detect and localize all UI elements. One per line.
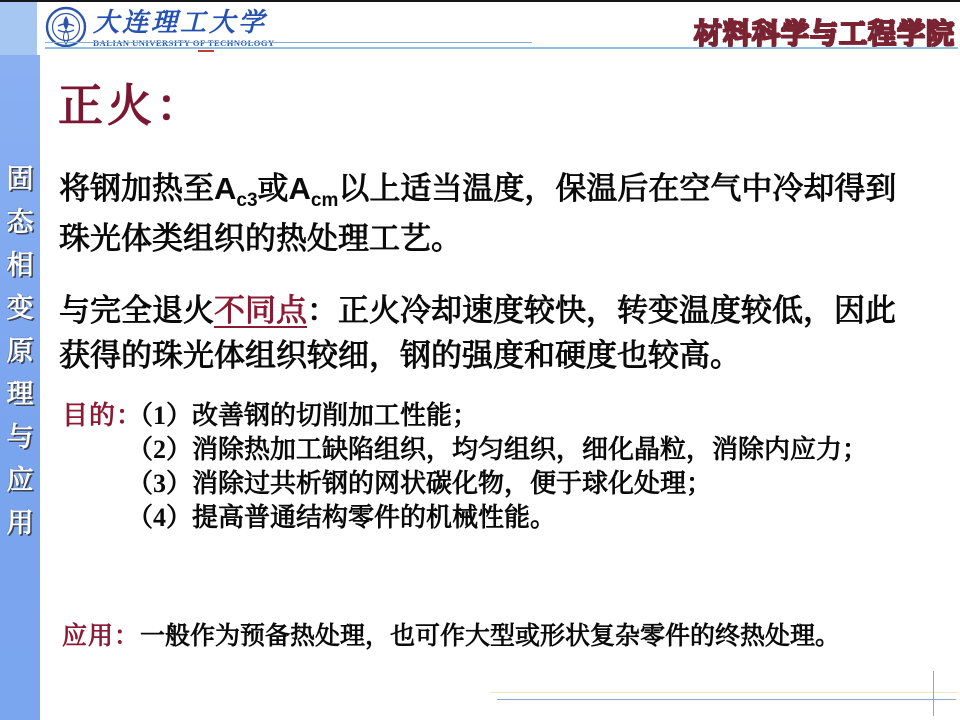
- top-border: [0, 0, 960, 2]
- header-left-accent-block: [0, 2, 37, 55]
- comparison-line-2: 获得的珠光体组织较细，钢的强度和硬度也较高。: [59, 333, 896, 378]
- sidebar-char: 用: [7, 502, 34, 545]
- purpose-item-1: （1）改善钢的切削加工性能；: [127, 399, 868, 433]
- sidebar-char: 应: [7, 459, 34, 502]
- application-line: 应用：一般作为预备热处理，也可作大型或形状复杂零件的终热处理。: [62, 622, 840, 652]
- application-text: 一般作为预备热处理，也可作大型或形状复杂零件的终热处理。: [140, 623, 840, 650]
- comparison-text: ：正火冷却速度较快，转变温度较低，因此: [307, 293, 896, 328]
- definition-text: 以上适当温度，保温后在空气中冷却得到: [338, 171, 896, 206]
- purpose-item-2: （2）消除热加工缺陷组织，均匀组织，细化晶粒，消除内应力；: [127, 433, 868, 467]
- definition-text: 或: [258, 171, 289, 206]
- definition-line-1: 将钢加热至Ac3或Acm以上适当温度，保温后在空气中冷却得到: [59, 166, 896, 216]
- symbol-Acm: Acm: [289, 171, 339, 206]
- highlight-difference: 不同点: [214, 293, 307, 328]
- definition-line-2: 珠光体类组织的热处理工艺。: [59, 216, 896, 261]
- sidebar-char: 变: [7, 287, 34, 330]
- sidebar-char: 与: [7, 416, 34, 459]
- purpose-list: （1）改善钢的切削加工性能； （2）消除热加工缺陷组织，均匀组织，细化晶粒，消除…: [127, 399, 868, 535]
- sidebar-char: 固: [7, 158, 34, 201]
- sidebar-char: 理: [7, 373, 34, 416]
- sidebar-char: 相: [7, 244, 34, 287]
- comparison-line-1: 与完全退火不同点：正火冷却速度较快，转变温度较低，因此: [59, 288, 896, 333]
- college-name: 材料科学与工程学院: [694, 12, 955, 52]
- header-rule-lower: [45, 47, 958, 49]
- purpose-item-4: （4）提高普通结构零件的机械性能。: [127, 501, 868, 535]
- purpose-item-3: （3）消除过共析钢的网状碳化物，便于球化处理；: [127, 467, 868, 501]
- slide: 大连理工大学 DALIAN UNIVERSITY OF TECHNOLOGY 材…: [0, 0, 960, 720]
- bottom-vertical-rule: [933, 671, 934, 716]
- definition-text: 将钢加热至: [59, 171, 214, 206]
- slide-title: 正火：: [58, 80, 205, 132]
- bottom-horizontal-rule: [497, 699, 956, 700]
- symbol-Ac3: Ac3: [214, 171, 258, 206]
- sidebar-vertical-title: 固 态 相 变 原 理 与 应 用: [0, 158, 40, 545]
- comparison-paragraph: 与完全退火不同点：正火冷却速度较快，转变温度较低，因此 获得的珠光体组织较细，钢…: [59, 288, 896, 378]
- header-red-tick: [198, 50, 214, 52]
- definition-paragraph: 将钢加热至Ac3或Acm以上适当温度，保温后在空气中冷却得到 珠光体类组织的热处…: [59, 166, 896, 261]
- comparison-text: 与完全退火: [59, 293, 214, 328]
- header-rule-upper: [45, 42, 532, 43]
- bottom-accent-line-cream: [490, 692, 958, 693]
- university-name-cn: 大连理工大学: [93, 10, 275, 36]
- sidebar-char: 原: [7, 330, 34, 373]
- application-label: 应用：: [62, 623, 140, 650]
- sidebar-char: 态: [7, 201, 34, 244]
